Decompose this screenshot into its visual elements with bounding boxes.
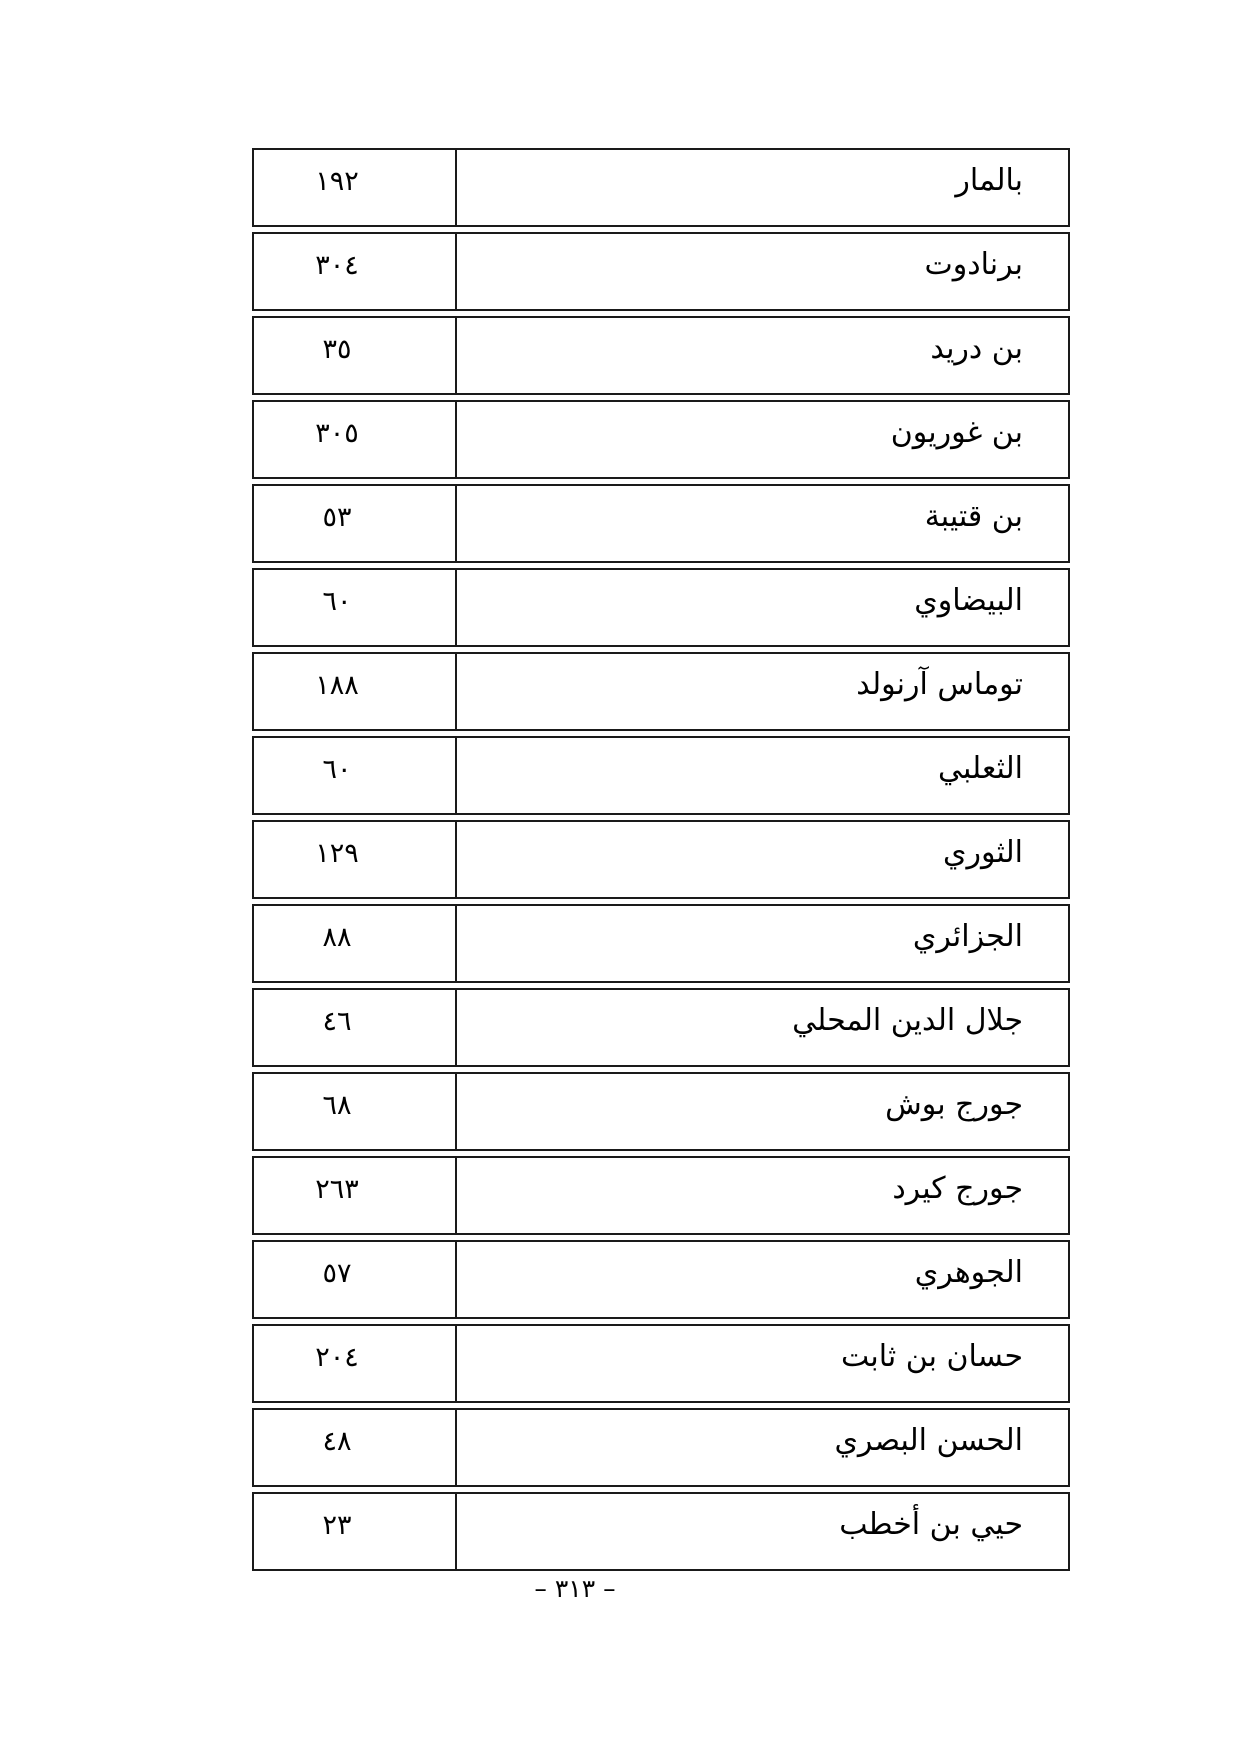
table-row: ٣٠٤ برنادوت: [252, 232, 1070, 311]
page-number-cell: ٥٧: [254, 1242, 457, 1317]
table-row: ١٨٨ توماس آرنولد: [252, 652, 1070, 731]
name-cell: جورج كيرد: [457, 1158, 1068, 1233]
table-row: ٢٠٤ حسان بن ثابت: [252, 1324, 1070, 1403]
name-cell: بن غوريون: [457, 402, 1068, 477]
page-number-cell: ٣٠٥: [254, 402, 457, 477]
page-number-cell: ٨٨: [254, 906, 457, 981]
page-number-cell: ١٢٩: [254, 822, 457, 897]
name-cell: برنادوت: [457, 234, 1068, 309]
name-cell: بن قتيبة: [457, 486, 1068, 561]
page-number-cell: ٢٠٤: [254, 1326, 457, 1401]
name-cell: الجزائري: [457, 906, 1068, 981]
table-row: ١٢٩ الثوري: [252, 820, 1070, 899]
page-number-cell: ٢٣: [254, 1494, 457, 1569]
name-cell: جلال الدين المحلي: [457, 990, 1068, 1065]
name-cell: حسان بن ثابت: [457, 1326, 1068, 1401]
footer-page-number: – ٣١٣ –: [0, 1574, 1195, 1603]
name-cell: الجوهري: [457, 1242, 1068, 1317]
page-number-cell: ٣٠٤: [254, 234, 457, 309]
name-cell: الثوري: [457, 822, 1068, 897]
index-table: ١٩٢ بالمار ٣٠٤ برنادوت ٣٥ بن دريد ٣٠٥ بن…: [252, 148, 1070, 1576]
name-cell: الثعلبي: [457, 738, 1068, 813]
table-row: ٣٠٥ بن غوريون: [252, 400, 1070, 479]
page-number-cell: ٤٨: [254, 1410, 457, 1485]
page-number-cell: ٤٦: [254, 990, 457, 1065]
table-row: ٥٧ الجوهري: [252, 1240, 1070, 1319]
name-cell: البيضاوي: [457, 570, 1068, 645]
table-row: ٢٣ حيي بن أخطب: [252, 1492, 1070, 1571]
page-number-cell: ٣٥: [254, 318, 457, 393]
table-row: ١٩٢ بالمار: [252, 148, 1070, 227]
name-cell: توماس آرنولد: [457, 654, 1068, 729]
table-row: ٦٨ جورج بوش: [252, 1072, 1070, 1151]
table-row: ٣٥ بن دريد: [252, 316, 1070, 395]
page-number-cell: ٦٠: [254, 570, 457, 645]
table-row: ٦٠ الثعلبي: [252, 736, 1070, 815]
name-cell: جورج بوش: [457, 1074, 1068, 1149]
table-row: ٥٣ بن قتيبة: [252, 484, 1070, 563]
page-number-cell: ١٩٢: [254, 150, 457, 225]
table-row: ٤٨ الحسن البصري: [252, 1408, 1070, 1487]
table-row: ٦٠ البيضاوي: [252, 568, 1070, 647]
name-cell: الحسن البصري: [457, 1410, 1068, 1485]
page-number-cell: ٢٦٣: [254, 1158, 457, 1233]
table-row: ٢٦٣ جورج كيرد: [252, 1156, 1070, 1235]
page-number-cell: ٥٣: [254, 486, 457, 561]
document-page: ١٩٢ بالمار ٣٠٤ برنادوت ٣٥ بن دريد ٣٠٥ بن…: [0, 0, 1240, 1754]
page-number-cell: ٦٨: [254, 1074, 457, 1149]
name-cell: بن دريد: [457, 318, 1068, 393]
table-row: ٨٨ الجزائري: [252, 904, 1070, 983]
page-number-cell: ١٨٨: [254, 654, 457, 729]
page-number-cell: ٦٠: [254, 738, 457, 813]
table-row: ٤٦ جلال الدين المحلي: [252, 988, 1070, 1067]
name-cell: بالمار: [457, 150, 1068, 225]
name-cell: حيي بن أخطب: [457, 1494, 1068, 1569]
